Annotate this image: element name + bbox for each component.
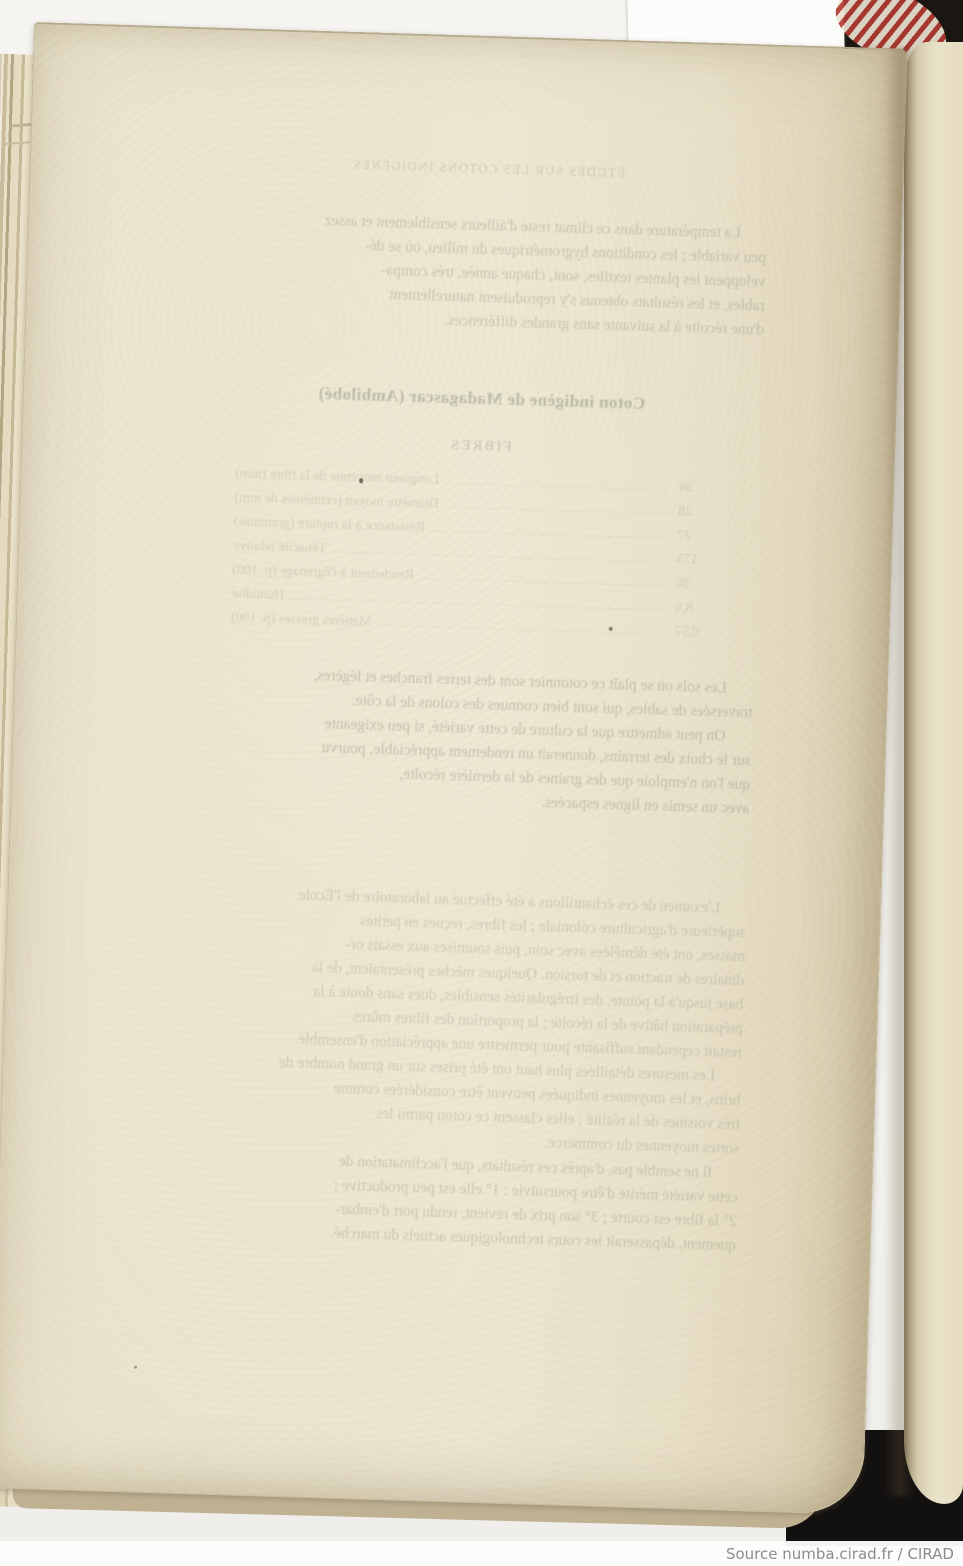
ghost-subheading: FIBRES <box>200 430 760 463</box>
ghost-paragraph-1: La température dans ce climat reste d'ai… <box>204 205 767 342</box>
ghost-running-head: ÉTUDES SUR LES COTONS INDIGÈNES <box>209 153 769 185</box>
paper-speck <box>134 1366 137 1369</box>
paper-speck <box>609 627 613 631</box>
ghost-table-label: Humidité <box>231 586 284 604</box>
main-page: ÉTUDES SUR LES COTONS INDIGÈNES La tempé… <box>0 22 908 1515</box>
dot-leader <box>445 507 666 515</box>
ghost-table-label: Longueur moyenne de la fibre (mm) <box>235 466 439 488</box>
ghost-section-heading: Coton indigène de Madagascar (Ambilobé) <box>202 380 762 417</box>
dot-leader <box>333 551 665 562</box>
ghost-table-value: 0,57 <box>668 624 718 642</box>
dot-leader <box>445 483 667 491</box>
ghost-table-value: 38 <box>673 480 723 498</box>
ghost-table: 38 Longueur moyenne de la fibre (mm) 28 … <box>230 466 723 649</box>
ghost-paragraph-2: Les sols où se plaît ce cotonnier sont d… <box>189 660 753 821</box>
ghost-table-value: 36 <box>670 576 720 594</box>
book-scan: ÉTUDES SUR LES COTONS INDIGÈNES La tempé… <box>0 0 963 1566</box>
dot-leader <box>377 625 662 635</box>
attribution-text: Source numba.cirad.fr / CIRAD <box>726 1545 954 1563</box>
ghost-table-label: Matières grasses (p. 100) <box>231 610 372 630</box>
ghost-table-value: 8,5 <box>669 600 719 618</box>
dot-leader <box>420 578 664 586</box>
ghost-table-label: Ténacité relative <box>233 538 327 557</box>
gutter-crease-shadow <box>884 48 914 1496</box>
ghost-table-value: 27 <box>671 528 721 546</box>
dot-leader <box>431 530 666 538</box>
ghost-table-value: 175 <box>671 552 721 570</box>
dot-leader <box>290 598 663 610</box>
ghost-list: Il ne semble pas, d'après ces résultats,… <box>176 1145 739 1258</box>
attribution-bar: Source numba.cirad.fr / CIRAD <box>0 1541 963 1566</box>
ghost-paragraph-3: L'examen de ces échantillons a été effec… <box>179 880 747 1161</box>
ghost-table-value: 28 <box>672 504 722 522</box>
